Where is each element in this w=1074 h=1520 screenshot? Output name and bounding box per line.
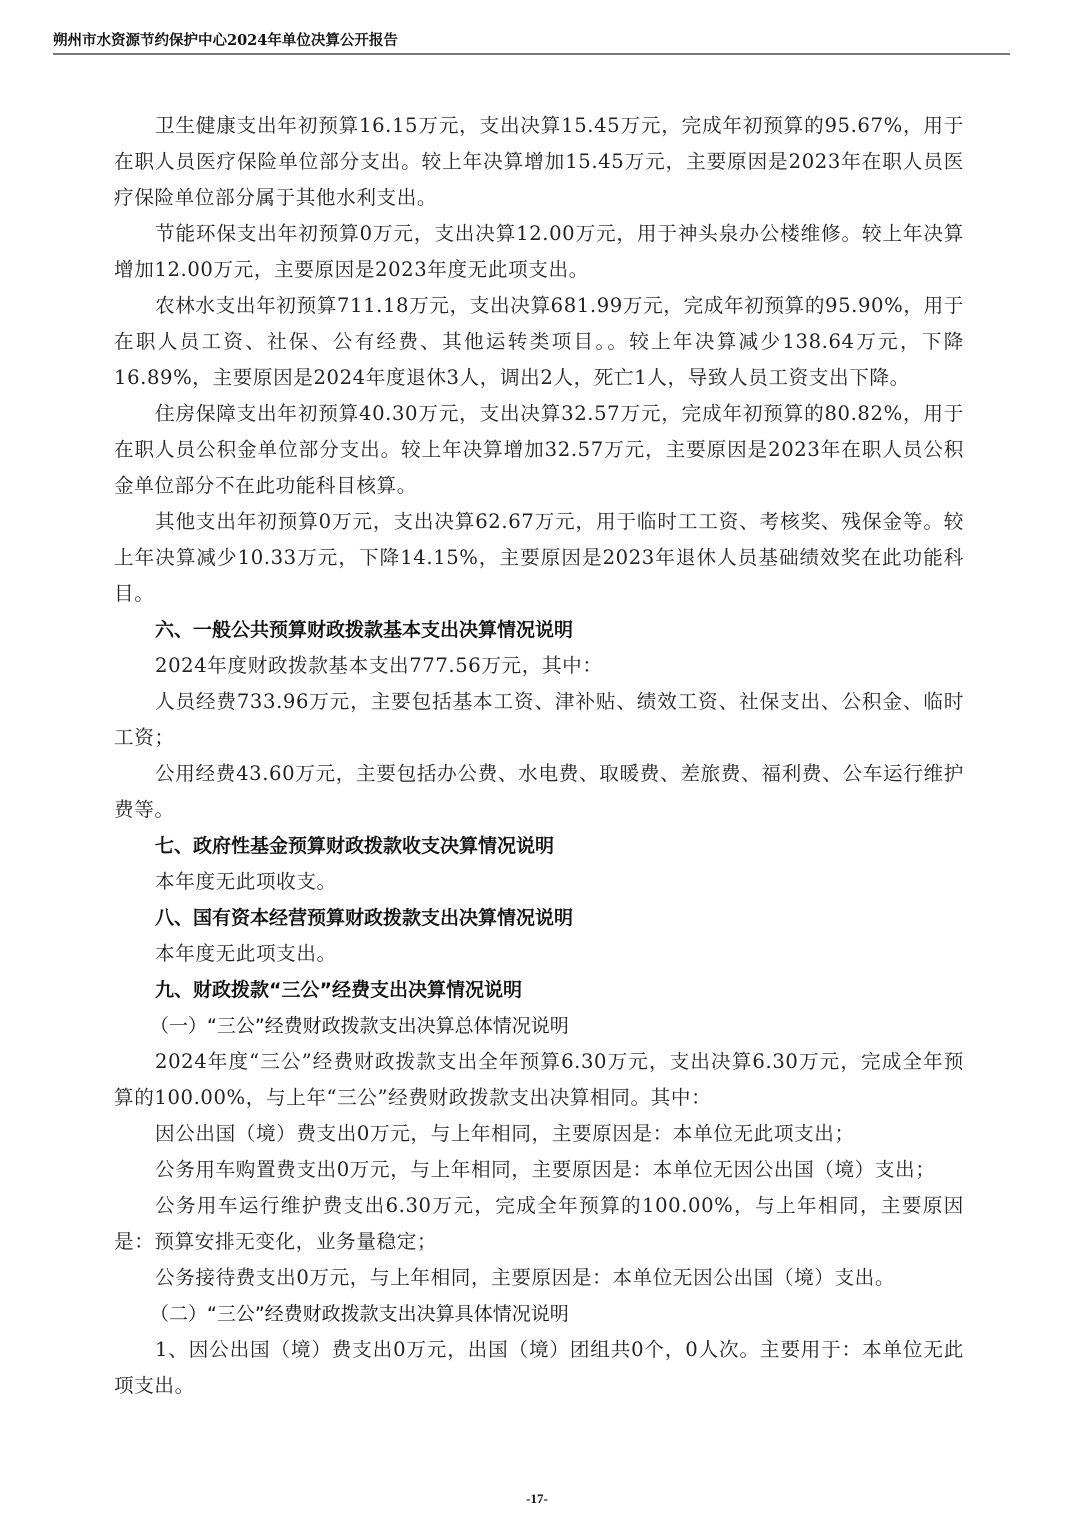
page-number: -17-: [0, 1491, 1074, 1507]
paragraph-agriculture-expenditure: 农林水支出年初预算711.18万元，支出决算681.99万元，完成年初预算的95…: [114, 288, 964, 396]
section-9-2-paragraph-1: 1、因公出国（境）费支出0万元，出国（境）团组共0个，0人次。主要用于：本单位无…: [114, 1332, 964, 1404]
section-9-1-paragraph-1: 2024年度“三公”经费财政拨款支出全年预算6.30万元，支出决算6.30万元，…: [114, 1044, 964, 1116]
section-9-1-paragraph-5: 公务接待费支出0万元，与上年相同，主要原因是：本单位无因公出国（境）支出。: [114, 1260, 964, 1296]
section-9-1-paragraph-3: 公务用车购置费支出0万元，与上年相同，主要原因是：本单位无因公出国（境）支出；: [114, 1152, 964, 1188]
section-9-1-paragraph-4: 公务用车运行维护费支出6.30万元，完成全年预算的100.00%，与上年相同，主…: [114, 1188, 964, 1260]
paragraph-housing-expenditure: 住房保障支出年初预算40.30万元，支出决算32.57万元，完成年初预算的80.…: [114, 396, 964, 504]
paragraph-health-expenditure: 卫生健康支出年初预算16.15万元，支出决算15.45万元，完成年初预算的95.…: [114, 108, 964, 216]
section-6-paragraph-3: 公用经费43.60万元，主要包括办公费、水电费、取暖费、差旅费、福利费、公车运行…: [114, 756, 964, 828]
paragraph-other-expenditure: 其他支出年初预算0万元，支出决算62.67万元，用于临时工工资、考核奖、残保金等…: [114, 504, 964, 612]
section-6-paragraph-2: 人员经费733.96万元，主要包括基本工资、津补贴、绩效工资、社保支出、公积金、…: [114, 684, 964, 756]
section-9-2-heading: （二）“三公”经费财政拨款支出决算具体情况说明: [114, 1296, 964, 1332]
section-9-heading: 九、财政拨款“三公”经费支出决算情况说明: [114, 972, 964, 1008]
section-6-paragraph-1: 2024年度财政拨款基本支出777.56万元，其中：: [114, 648, 964, 684]
section-6-heading: 六、一般公共预算财政拨款基本支出决算情况说明: [114, 612, 964, 648]
document-body: 卫生健康支出年初预算16.15万元，支出决算15.45万元，完成年初预算的95.…: [114, 108, 964, 1404]
section-8-paragraph-1: 本年度无此项支出。: [114, 936, 964, 972]
section-7-heading: 七、政府性基金预算财政拨款收支决算情况说明: [114, 828, 964, 864]
document-header-title: 朔州市水资源节约保护中心2024年单位决算公开报告: [53, 29, 1010, 53]
section-8-heading: 八、国有资本经营预算财政拨款支出决算情况说明: [114, 900, 964, 936]
header-divider: [53, 53, 1010, 55]
section-9-1-paragraph-2: 因公出国（境）费支出0万元，与上年相同，主要原因是：本单位无此项支出；: [114, 1116, 964, 1152]
paragraph-energy-expenditure: 节能环保支出年初预算0万元，支出决算12.00万元，用于神头泉办公楼维修。较上年…: [114, 216, 964, 288]
section-9-1-heading: （一）“三公”经费财政拨款支出决算总体情况说明: [114, 1008, 964, 1044]
section-7-paragraph-1: 本年度无此项收支。: [114, 864, 964, 900]
